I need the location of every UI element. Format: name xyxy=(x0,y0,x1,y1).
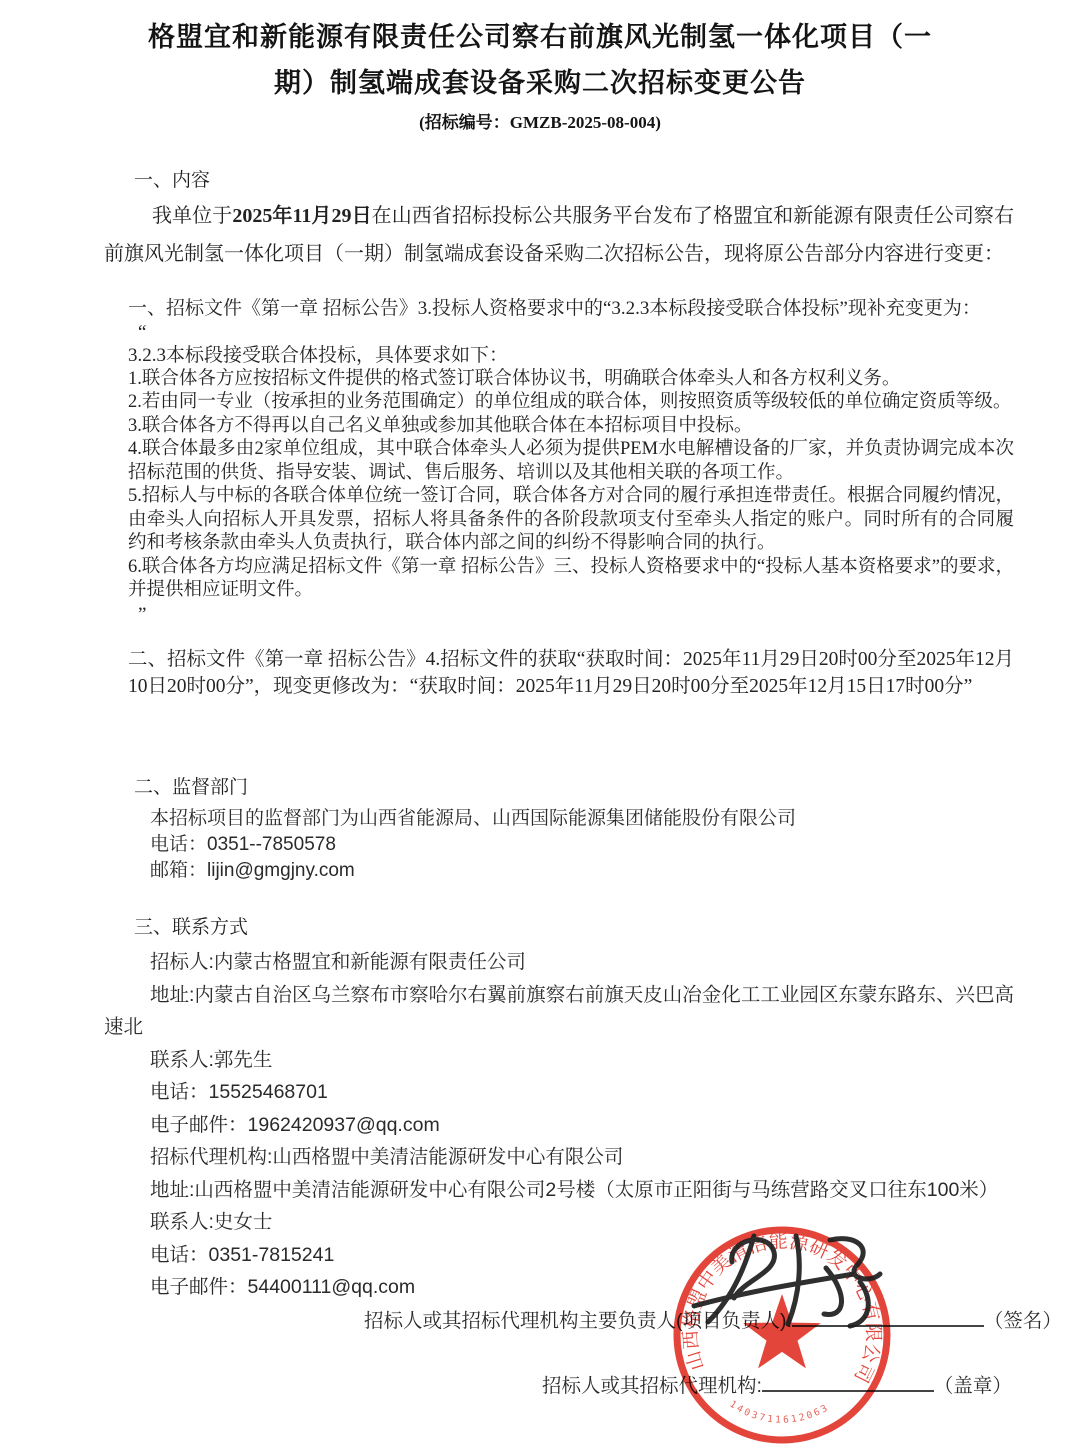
page-title-line-1: 格盟宜和新能源有限责任公司察右前旗风光制氢一体化项目（一 xyxy=(0,14,1080,60)
contact-line: 联系人:郭先生 xyxy=(104,1044,1014,1077)
signature-row2-label: 招标人或其招标代理机构: xyxy=(542,1375,762,1397)
document-page: 格盟宜和新能源有限责任公司察右前旗风光制氢一体化项目（一 期）制氢端成套设备采购… xyxy=(0,0,1080,1451)
contact-line: 招标人:内蒙古格盟宜和新能源有限责任公司 xyxy=(104,946,1014,979)
page-title-line-2: 期）制氢端成套设备采购二次招标变更公告 xyxy=(0,60,1080,106)
section-heading-contact: 三、联系方式 xyxy=(134,916,1014,940)
signature-row1-label: 招标人或其招标代理机构主要负责人(项目负责人): xyxy=(364,1310,792,1332)
signature-row-agency-seal: 招标人或其招标代理机构:（盖章） xyxy=(542,1371,1014,1401)
contact-lines: 招标人:内蒙古格盟宜和新能源有限责任公司地址:内蒙古自治区乌兰察布市察哈尔右翼前… xyxy=(104,946,1014,1304)
change-one-heading: 一、招标文件《第一章 招标公告》3.投标人资格要求中的“3.2.3本标段接受联合… xyxy=(128,297,1014,321)
intro-paragraph-pre: 我单位于 xyxy=(152,205,232,227)
list-item: 6.联合体各方均应满足招标文件《第一章 招标公告》三、投标人资格要求中的“投标人… xyxy=(128,556,1014,603)
section-heading-content: 一、内容 xyxy=(134,169,1014,193)
section-heading-supervision: 二、监督部门 xyxy=(134,776,1014,800)
change-one-intro: 3.2.3本标段接受联合体投标，具体要求如下： xyxy=(128,344,1014,368)
open-quote: “ xyxy=(138,321,1014,345)
change-two-heading: 二、招标文件《第一章 招标公告》4.招标文件的获取“获取时间：2025年11月2… xyxy=(128,646,1014,700)
contact-line: 地址:山西格盟中美清洁能源研发中心有限公司2号楼（太原市正阳街与马练营路交叉口往… xyxy=(104,1174,1014,1207)
contact-line: 联系人:史女士 xyxy=(104,1206,1014,1239)
contact-line: 电子邮件：1962420937@qq.com xyxy=(104,1109,1014,1142)
supervision-phone: 电话：0351--7850578 xyxy=(150,832,1014,858)
list-item: 4.联合体最多由2家单位组成，其中联合体牵头人必须为提供PEM水电解槽设备的厂家… xyxy=(128,438,1014,485)
supervision-body: 本招标项目的监督部门为山西省能源局、山西国际能源集团储能股份有限公司 xyxy=(150,806,1014,832)
list-item: 2.若由同一专业（按承担的业务范围确定）的单位组成的联合体，则按照资质等级较低的… xyxy=(128,391,1014,415)
contact-line: 招标代理机构:山西格盟中美清洁能源研发中心有限公司 xyxy=(104,1141,1014,1174)
contact-line: 地址:内蒙古自治区乌兰察布市察哈尔右翼前旗察右前旗天皮山冶金化工工业园区东蒙东路… xyxy=(104,979,1014,1044)
signature-line-1 xyxy=(792,1313,984,1327)
svg-text:1403711612063: 1403711612063 xyxy=(727,1399,831,1426)
contact-line: 电子邮件：54400111@qq.com xyxy=(104,1271,1014,1304)
tender-number: (招标编号：GMZB-2025-08-004) xyxy=(0,108,1080,138)
seal-serial-number: 1403711612063 xyxy=(727,1399,831,1426)
list-item: 5.招标人与中标的各联合体单位统一签订合同，联合体各方对合同的履行承担连带责任。… xyxy=(128,485,1014,556)
signature-row-responsible-person: 招标人或其招标代理机构主要负责人(项目负责人):（签名） xyxy=(364,1306,1014,1336)
signature-row1-suffix: （签名） xyxy=(984,1310,1062,1332)
supervision-email: 邮箱：lijin@gmgjny.com xyxy=(150,858,1014,884)
close-quote: ” xyxy=(138,603,1014,627)
signature-line-2 xyxy=(762,1378,934,1392)
contact-line: 电话：15525468701 xyxy=(104,1076,1014,1109)
title-block: 格盟宜和新能源有限责任公司察右前旗风光制氢一体化项目（一 期）制氢端成套设备采购… xyxy=(0,14,1080,138)
contact-line: 电话：0351-7815241 xyxy=(104,1239,1014,1272)
consortium-requirement-list: 1.联合体各方应按招标文件提供的格式签订联合体协议书，明确联合体牵头人和各方权利… xyxy=(104,368,1014,603)
change-one-block: 一、招标文件《第一章 招标公告》3.投标人资格要求中的“3.2.3本标段接受联合… xyxy=(104,297,1014,626)
intro-paragraph: 我单位于2025年11月29日在山西省招标投标公共服务平台发布了格盟宜和新能源有… xyxy=(104,197,1014,273)
list-item: 3.联合体各方不得再以自己名义单独或参加其他联合体在本招标项目中投标。 xyxy=(128,415,1014,439)
signature-row2-suffix: （盖章） xyxy=(934,1375,1012,1397)
list-item: 1.联合体各方应按招标文件提供的格式签订联合体协议书，明确联合体牵头人和各方权利… xyxy=(128,368,1014,392)
publish-date: 2025年11月29日 xyxy=(232,205,371,227)
